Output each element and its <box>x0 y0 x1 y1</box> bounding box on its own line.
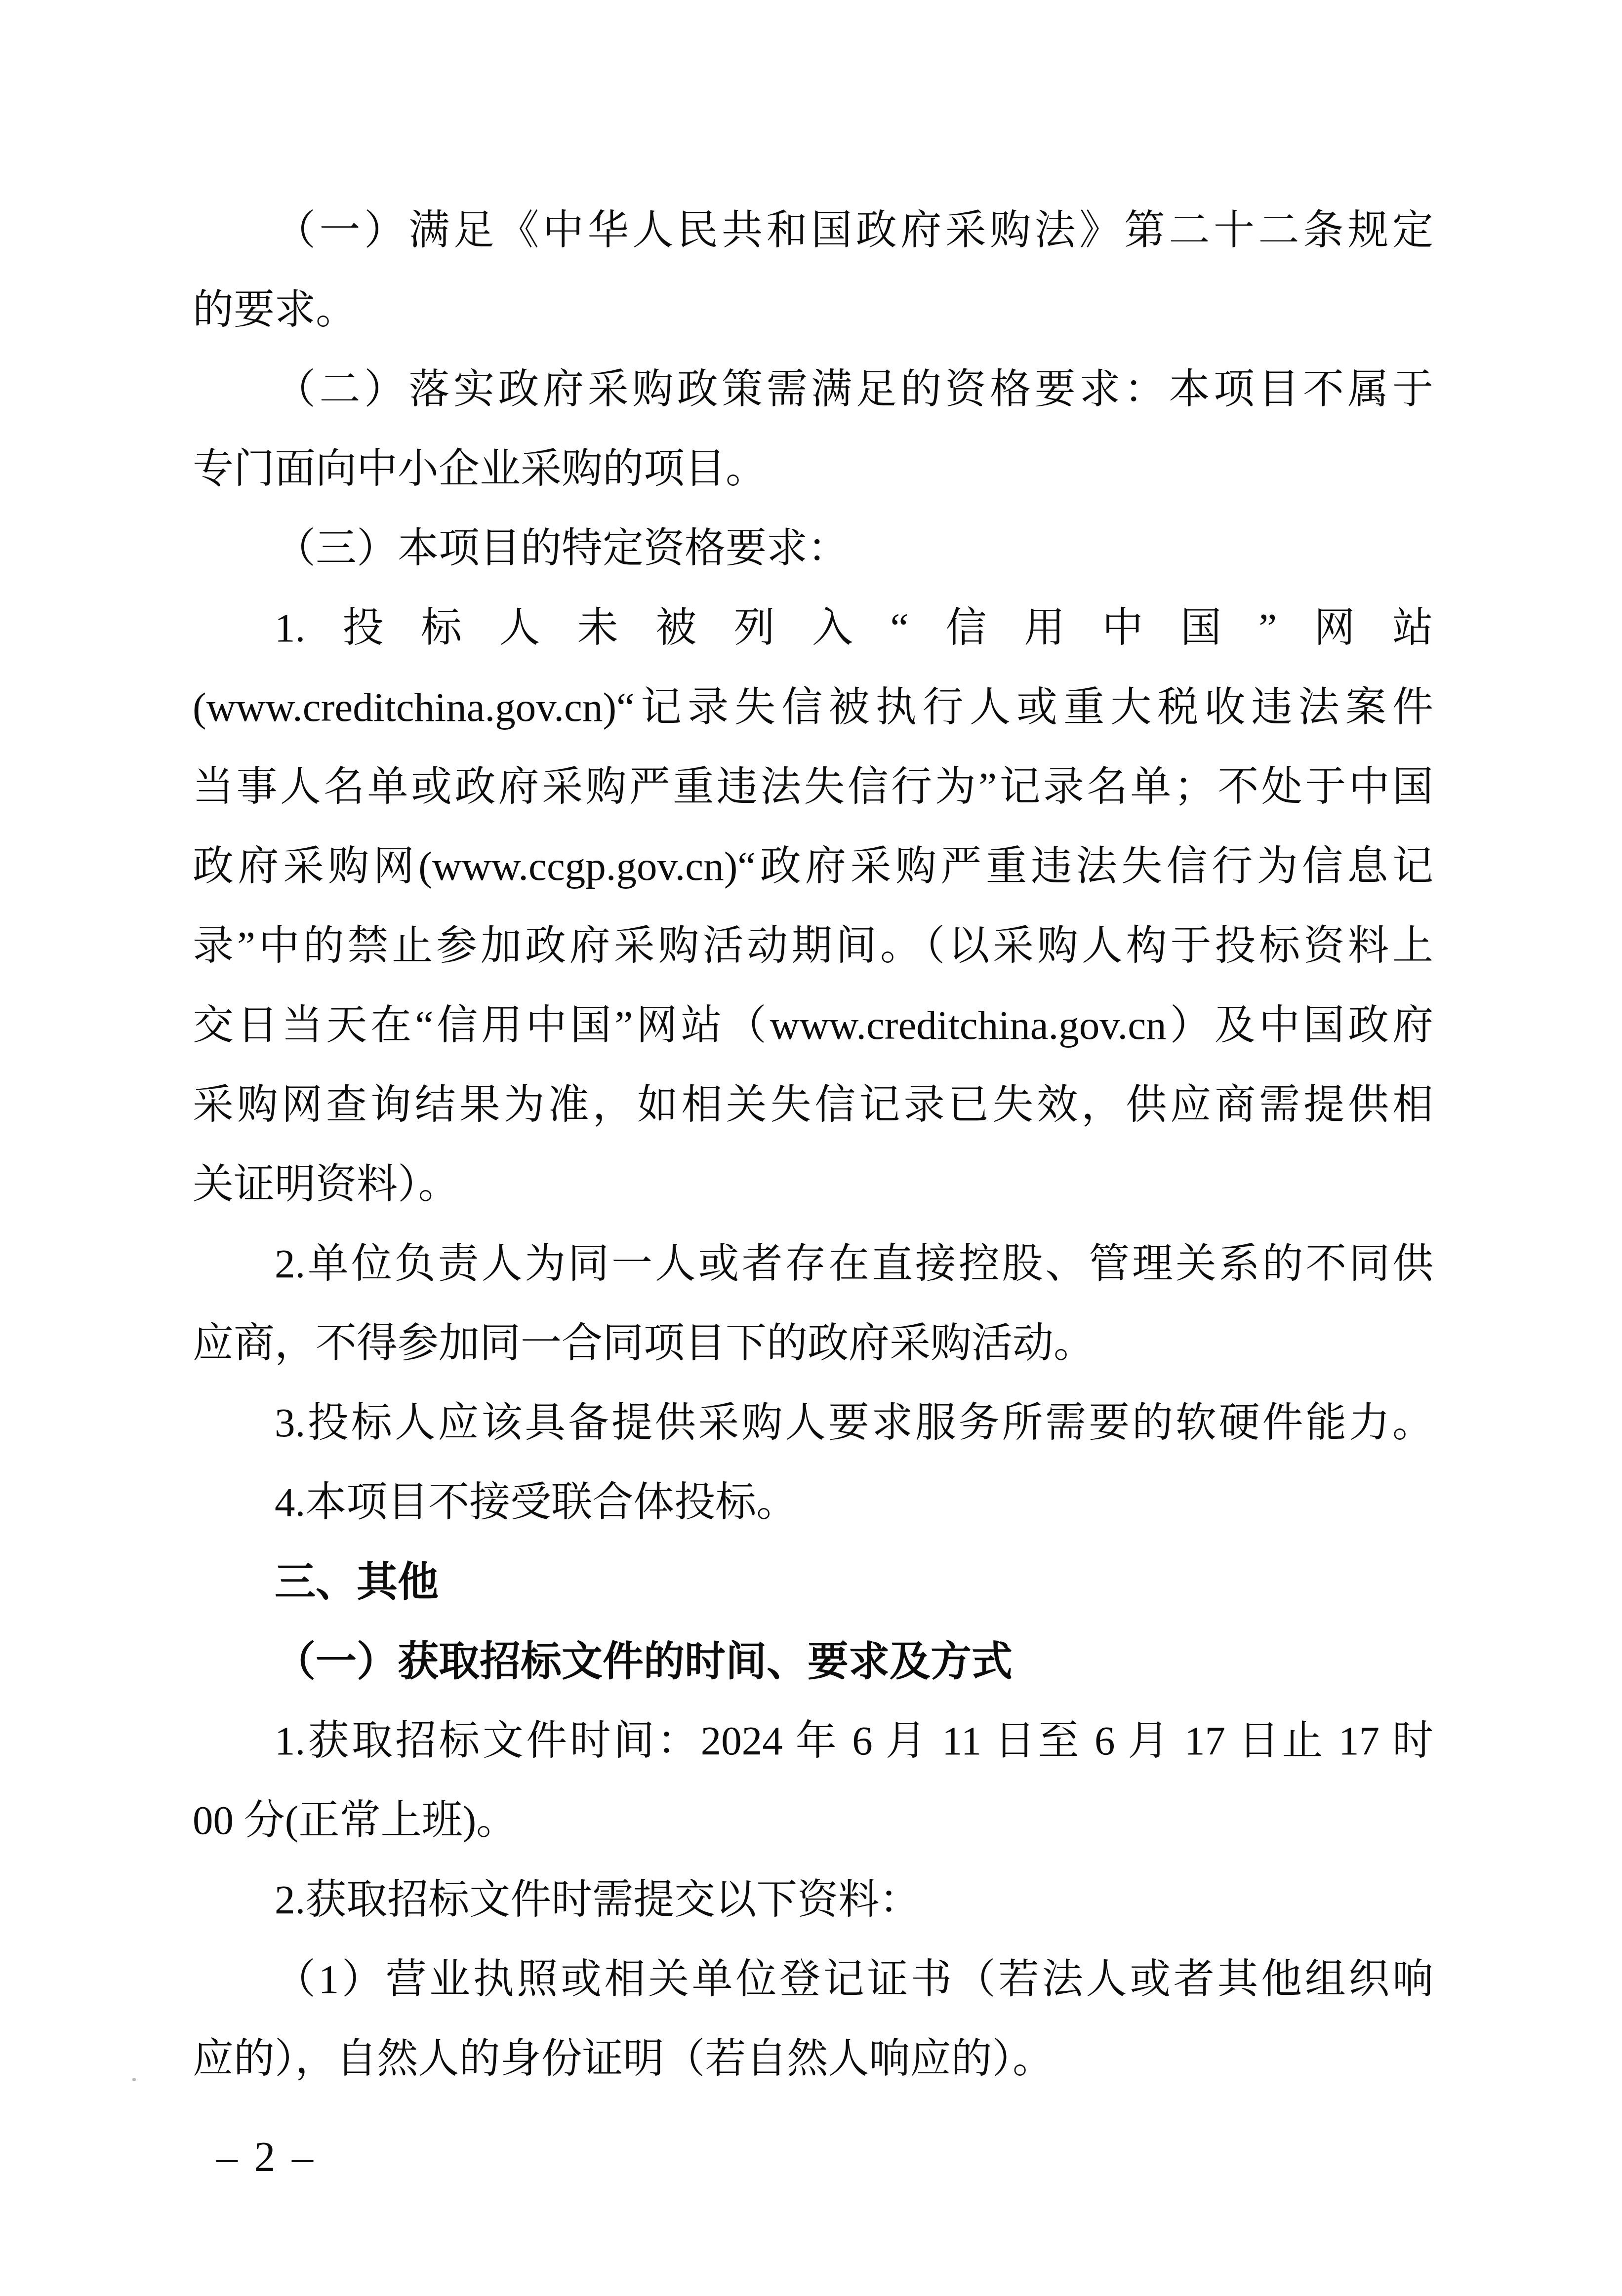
text-line: 00 分(正常上班)。 <box>193 1781 1433 1860</box>
text-line: 应的），自然人的身份证明（若自然人响应的）。 <box>193 2019 1433 2098</box>
text-line: （1）营业执照或相关单位登记证书（若法人或者其他组织响 <box>193 1940 1433 2019</box>
text-line: 关证明资料）。 <box>193 1145 1433 1224</box>
page-number: – 2 – <box>216 2132 316 2181</box>
text-line: 采购网查询结果为准，如相关失信记录已失效，供应商需提供相 <box>193 1065 1433 1145</box>
text-line: 录”中的禁止参加政府采购活动期间。（以采购人构于投标资料上 <box>193 906 1433 986</box>
text-line: （一）满足《中华人民共和国政府采购法》第二十二条规定 <box>193 191 1433 270</box>
text-line: 政府采购网(www.ccgp.gov.cn)“政府采购严重违法失信行为信息记 <box>193 827 1433 906</box>
heading-line: 三、其他 <box>193 1542 1433 1622</box>
text-line: 1.获取招标文件时间：2024 年 6 月 11 日至 6 月 17 日止 17… <box>193 1701 1433 1781</box>
text-line: 1.投标人未被列入“信用中国”网站 <box>193 588 1433 668</box>
text-line: (www.creditchina.gov.cn)“记录失信被执行人或重大税收违法… <box>193 668 1433 747</box>
text-line: 当事人名单或政府采购严重违法失信行为”记录名单；不处于中国 <box>193 747 1433 827</box>
text-line: 专门面向中小企业采购的项目。 <box>193 429 1433 509</box>
heading-line: （一）获取招标文件的时间、要求及方式 <box>193 1622 1433 1701</box>
text-line: 4.本项目不接受联合体投标。 <box>193 1463 1433 1542</box>
text-line: （三）本项目的特定资格要求： <box>193 509 1433 588</box>
text-line: （二）落实政府采购政策需满足的资格要求：本项目不属于 <box>193 350 1433 429</box>
text-line: 3.投标人应该具备提供采购人要求服务所需要的软硬件能力。 <box>193 1383 1433 1463</box>
document-page: （一）满足《中华人民共和国政府采购法》第二十二条规定的要求。（二）落实政府采购政… <box>0 0 1622 2296</box>
text-line: 2.单位负责人为同一人或者存在直接控股、管理关系的不同供 <box>193 1224 1433 1304</box>
scan-artifact-dot <box>132 2078 136 2081</box>
text-line: 应商，不得参加同一合同项目下的政府采购活动。 <box>193 1304 1433 1383</box>
text-line: 交日当天在“信用中国”网站（www.creditchina.gov.cn）及中国… <box>193 986 1433 1065</box>
text-line: 2.获取招标文件时需提交以下资料： <box>193 1860 1433 1940</box>
text-line: 的要求。 <box>193 270 1433 350</box>
document-body: （一）满足《中华人民共和国政府采购法》第二十二条规定的要求。（二）落实政府采购政… <box>193 191 1433 2098</box>
